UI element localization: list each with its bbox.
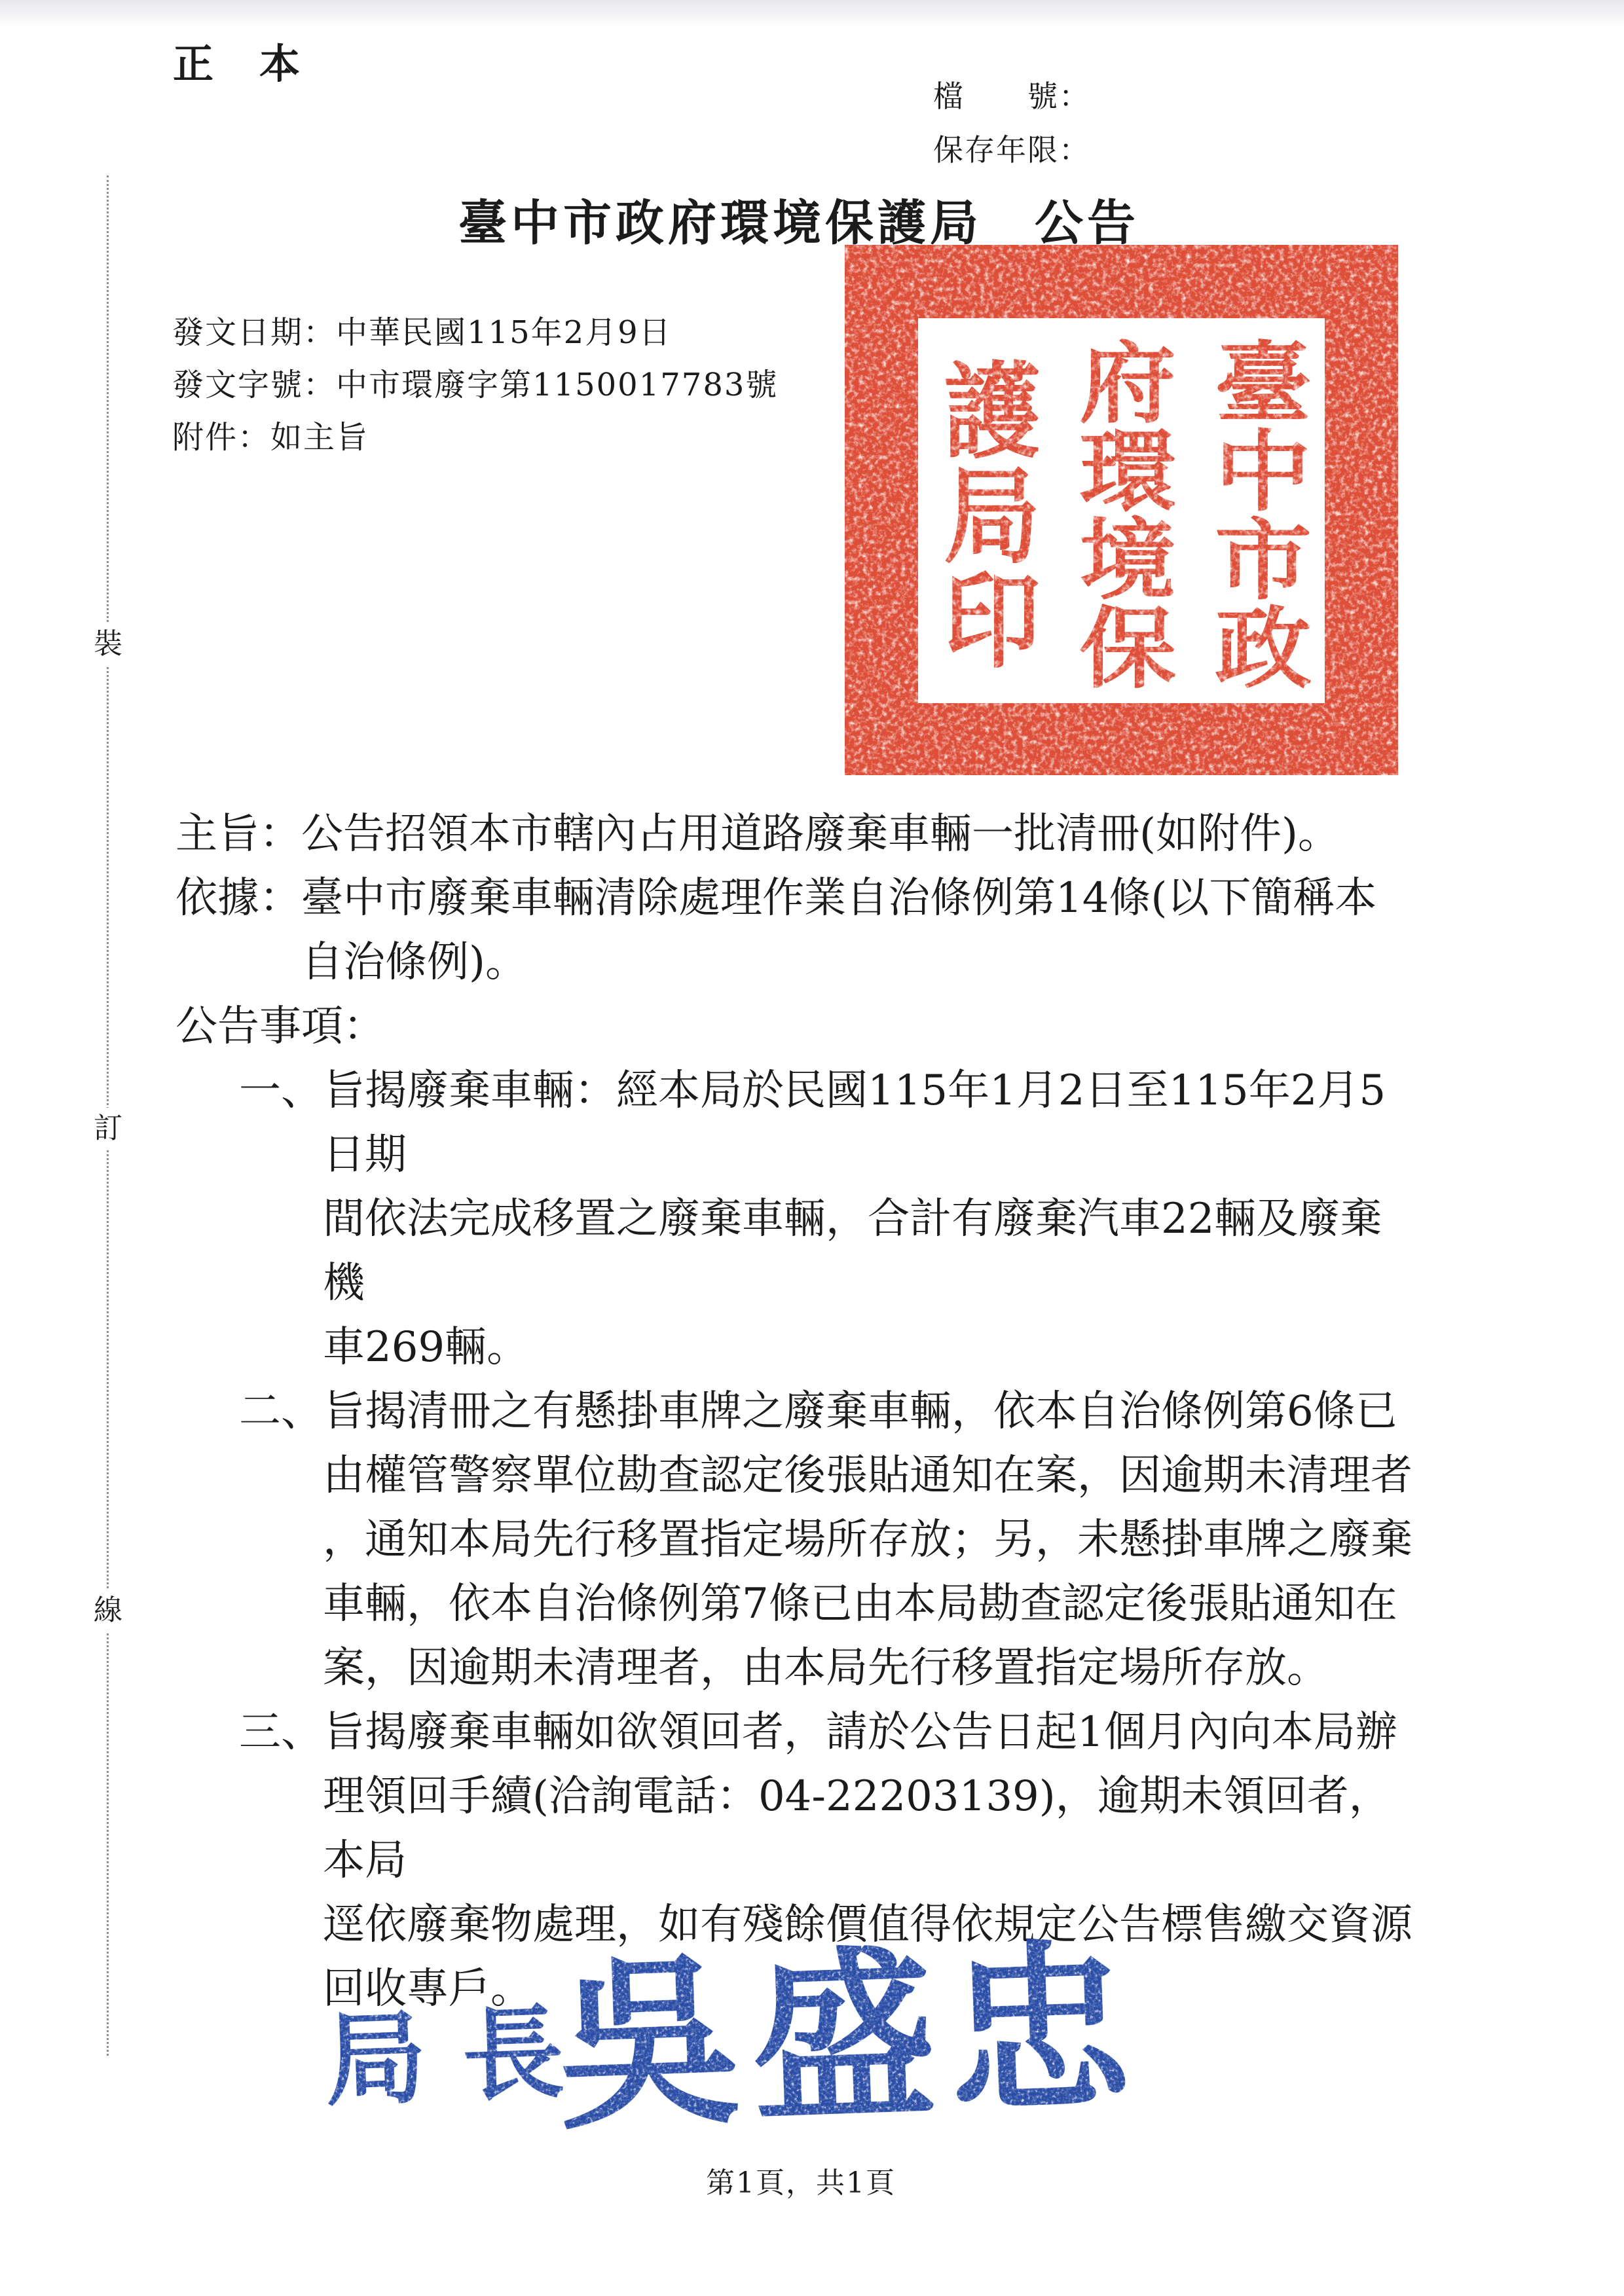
items-header: 公告事項： (175, 994, 1423, 1059)
announcement-item-2: 二、旨揭清冊之有懸掛車牌之廢棄車輛，依本自治條例第6條已 由權管警察單位勘查認定… (239, 1379, 1423, 1700)
scanned-announcement-document: 正 本 檔 號： 保存年限： 臺中市政府環境保護局 公告 發文日期：中華民國11… (0, 0, 1624, 2296)
doc-number-line: 發文字號：中市環廢字第1150017783號 (172, 359, 778, 411)
issue-date-label: 發文日期： (172, 314, 336, 351)
attachment-value: 如主旨 (270, 419, 369, 456)
subject-line: 主旨：公告招領本市轄內占用道路廢棄車輛一批清冊(如附件)。 (175, 802, 1423, 866)
announcement-body: 主旨：公告招領本市轄內占用道路廢棄車輛一批清冊(如附件)。 依據：臺中市廢棄車輛… (175, 802, 1423, 2021)
retention-period-label: 保存年限： (933, 123, 1090, 177)
signature-graphic: 局長 吳盛忠 (321, 1919, 1146, 2162)
seal-column-middle: 府環境保 (1063, 337, 1177, 690)
seal-column-right: 臺中市政 (1199, 337, 1313, 690)
document-title: 臺中市政府環境保護局 公告 (458, 185, 1139, 254)
binding-mark-xian: 線 (92, 1590, 124, 1631)
basis-line: 依據：臺中市廢棄車輛清除處理作業自治條例第14條(以下簡稱本 自治條例)。 (175, 866, 1423, 994)
official-seal-stamp: 臺中市政 府環境保 護局印 (845, 245, 1398, 775)
page-number-footer: 第1頁，共1頁 (706, 2159, 896, 2201)
document-meta-block: 發文日期：中華民國115年2月9日 發文字號：中市環廢字第1150017783號… (172, 306, 778, 464)
scan-top-edge (0, 0, 1624, 27)
signature-name-text: 吳盛忠 (553, 1919, 1146, 2155)
doc-number-value: 中市環廢字第1150017783號 (336, 367, 778, 403)
file-number-label: 檔 號： (933, 69, 1090, 123)
issue-date-value: 中華民國115年2月9日 (336, 314, 672, 351)
seal-column-left: 護局印 (928, 356, 1042, 670)
binding-mark-ding: 訂 (92, 1108, 124, 1150)
copy-type-label: 正 本 (173, 31, 303, 90)
attachment-line: 附件：如主旨 (172, 411, 778, 464)
director-signature-stamp: 局長 吳盛忠 (272, 1889, 1202, 2177)
binding-mark-zhuang: 裝 (92, 623, 124, 665)
issue-date-line: 發文日期：中華民國115年2月9日 (172, 306, 778, 359)
attachment-label: 附件： (172, 419, 270, 456)
file-reference-block: 檔 號： 保存年限： (933, 69, 1090, 177)
seal-graphic: 臺中市政 府環境保 護局印 (845, 245, 1398, 775)
doc-number-label: 發文字號： (172, 367, 336, 403)
announcement-item-1: 一、旨揭廢棄車輛：經本局於民國115年1月2日至115年2月5日期 間依法完成移… (239, 1059, 1423, 1379)
